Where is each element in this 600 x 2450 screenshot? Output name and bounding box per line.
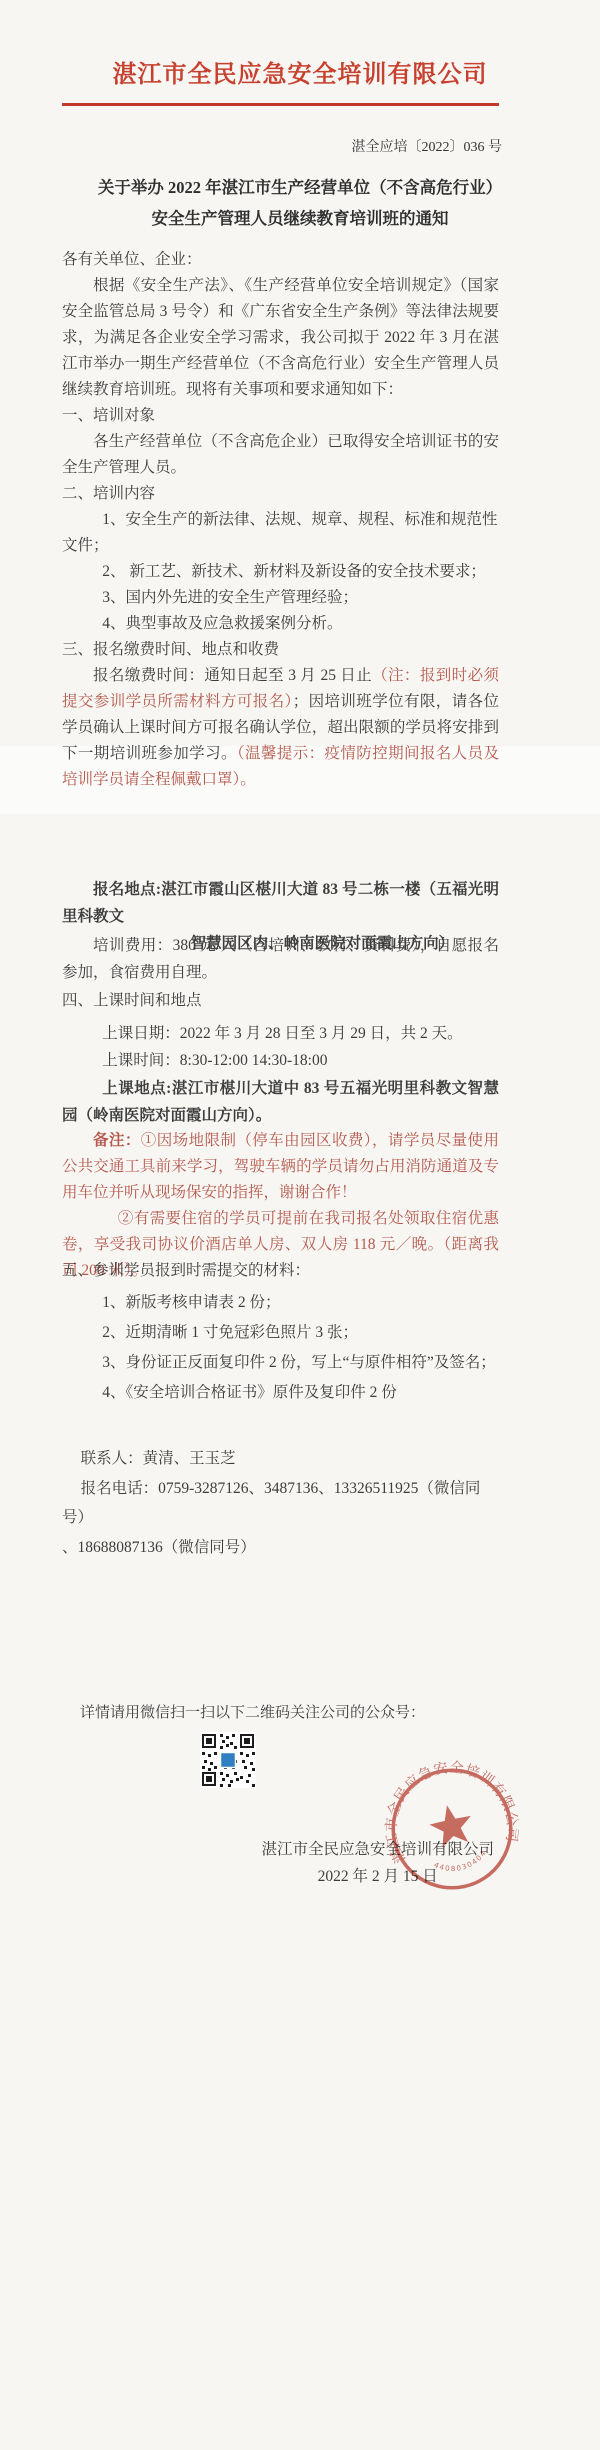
section1-text: 各生产经营单位（不含高危企业）已取得安全培训证书的安全生产管理人员。: [62, 429, 499, 481]
section1-heading: 一、培训对象: [62, 403, 499, 429]
section5-item: 1、新版考核申请表 2 份；: [62, 1288, 499, 1318]
notice-body: 各有关单位、企业： 根据《安全生产法》、《生产经营单位安全培训规定》（国家安全监…: [62, 247, 499, 793]
section2-heading: 二、培训内容: [62, 481, 499, 507]
intro-paragraph: 根据《安全生产法》、《生产经营单位安全培训规定》（国家安全监管总局 3 号令）和…: [62, 273, 499, 403]
letterhead-divider: [62, 103, 499, 106]
document-title: 关于举办 2022 年湛江市生产经营单位（不含高危行业） 安全生产管理人员继续教…: [0, 172, 600, 234]
svg-text:4408030404: 4408030404: [431, 1847, 491, 1878]
class-date-text: 上课日期：2022 年 3 月 28 日至 3 月 29 日，共 2 天。: [62, 1021, 499, 1047]
qr-center-logo: [221, 1753, 236, 1768]
class-time-text: 上课时间：8:30-12:00 14:30-18:00: [62, 1048, 499, 1074]
section5-items: 1、新版考核申请表 2 份； 2、近期清晰 1 寸免冠彩色照片 3 张； 3、身…: [62, 1288, 499, 1408]
class-location: 上课地点:湛江市椹川大道中 83 号五福光明里科教文智慧园（岭南医院对面霞山方向…: [62, 1075, 499, 1129]
company-seal: 湛江市全民应急安全培训有限公司 4408030404: [376, 1753, 528, 1905]
seal-star-icon: [426, 1801, 476, 1849]
section5-item: 3、身份证正反面复印件 2 份，写上“与原件相符”及签名；: [62, 1348, 499, 1378]
section3-heading: 三、报名缴费时间、地点和收费: [62, 637, 499, 663]
doc-number: 湛全应培〔2022〕036 号: [352, 136, 503, 156]
section4-heading: 四、上课时间和地点: [62, 988, 499, 1014]
section5-item: 2、近期清晰 1 寸免冠彩色照片 3 张；: [62, 1318, 499, 1348]
section5-item: 4、《安全培训合格证书》原件及复印件 2 份: [62, 1378, 499, 1408]
section2-item: 2、 新工艺、新技术、新材料及新设备的安全技术要求；: [62, 559, 499, 585]
wechat-qr-code: [200, 1732, 256, 1788]
registration-time-paragraph: 报名缴费时间：通知日起至 3 月 25 日止（注：报到时必须提交参训学员所需材料…: [62, 663, 499, 793]
contact-phone-line1: 报名电话：0759-3287126、3487136、13326511925（微信…: [62, 1474, 499, 1533]
reg-time-text: 报名缴费时间：通知日起至 3 月 25 日止: [93, 667, 372, 684]
training-fee-text: 培训费用：380 元/人（含培训、教材、资料费），自愿报名参加，食宿费用自理。: [62, 932, 499, 986]
section5-heading: 五、参训学员报到时需提交的材料：: [62, 1258, 499, 1284]
section2-item: 4、典型事故及应急救援案例分析。: [62, 611, 499, 637]
section2-item: 3、国内外先进的安全生产管理经验；: [62, 585, 499, 611]
remark-1: 备注：①因场地限制（停车由园区收费），请学员尽量使用公共交通工具前来学习，驾驶车…: [62, 1128, 499, 1206]
seal-code-text: 4408030404: [431, 1847, 491, 1878]
company-letterhead: 湛江市全民应急安全培训有限公司: [0, 54, 600, 89]
title-line-1: 关于举办 2022 年湛江市生产经营单位（不含高危行业）: [0, 172, 600, 203]
contact-phone-line2: 、18688087136（微信同号）: [62, 1533, 499, 1563]
contact-person: 联系人：黄清、王玉芝: [62, 1444, 499, 1474]
class-date: 上课日期：2022 年 3 月 28 日至 3 月 29 日，共 2 天。: [62, 1021, 499, 1047]
section4-heading-text: 四、上课时间和地点: [62, 988, 499, 1014]
document-page: 湛江市全民应急安全培训有限公司 湛全应培〔2022〕036 号 关于举办 202…: [0, 0, 600, 2450]
section2-item: 1、安全生产的新法律、法规、规章、规程、标准和规范性文件；: [62, 507, 499, 559]
registration-location-line1: 报名地点:湛江市霞山区椹川大道 83 号二栋一楼（五福光明里科教文: [62, 876, 499, 930]
title-line-2: 安全生产管理人员继续教育培训班的通知: [0, 203, 600, 234]
class-location-text: 上课地点:湛江市椹川大道中 83 号五福光明里科教文智慧园（岭南医院对面霞山方向…: [62, 1075, 499, 1129]
contact-block: 联系人：黄清、王玉芝 报名电话：0759-3287126、3487136、133…: [62, 1444, 499, 1562]
class-time: 上课时间：8:30-12:00 14:30-18:00: [62, 1048, 499, 1074]
qr-caption: 详情请用微信扫一扫以下二维码关注公司的公众号：: [80, 1701, 425, 1722]
section5-heading-text: 五、参训学员报到时需提交的材料：: [62, 1258, 499, 1284]
remark-label: 备注：: [93, 1132, 141, 1149]
training-fee: 培训费用：380 元/人（含培训、教材、资料费），自愿报名参加，食宿费用自理。: [62, 932, 499, 986]
salutation: 各有关单位、企业：: [62, 247, 499, 273]
